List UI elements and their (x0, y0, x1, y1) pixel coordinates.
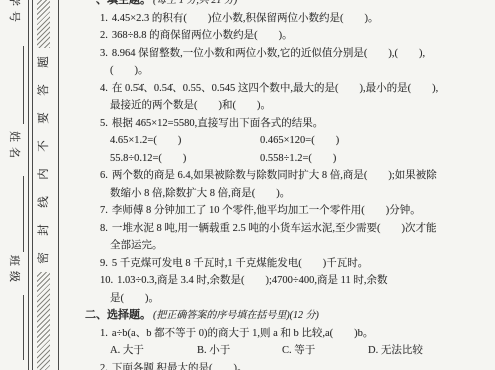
question-number: 1. (100, 328, 108, 339)
s1-question-8: 8.一堆水泥 8 吨,用一辆载重 2.5 吨的小货车运水泥,至少需要( )次才能 (85, 220, 492, 238)
hatch-top (37, 0, 50, 48)
seal-char: 要 (30, 112, 58, 124)
section2-note: (把正确答案的序号填在括号里)(12 分) (153, 310, 319, 321)
s1-question-10-cont: 是( )。 (85, 290, 492, 308)
option-a: A. 大于 (110, 342, 197, 360)
seal-char: 线 (30, 196, 58, 208)
s1-question-5-row2: 55.8÷0.12=( )0.558÷1.2=( ) (85, 150, 492, 168)
question-number: 3. (100, 48, 108, 59)
question-number: 5. (100, 118, 108, 129)
seal-char: 答 (30, 84, 58, 96)
s1-question-6: 6.两个数的商是 6.4,如果被除数与除数同时扩大 8 倍,商是( );如果被除 (85, 167, 492, 185)
name-label-text: 姓名 (8, 131, 20, 163)
question-number: 1. (100, 13, 108, 24)
s1-question-7: 7.李师傅 8 分钟加工了 10 个零件,他平均加工一个零件用( )分钟。 (85, 202, 492, 220)
question-text: 368÷8.8 的商保留两位小数约是( )。 (112, 30, 293, 41)
seal-char: 题 (30, 56, 58, 68)
question-text: 两个数的商是 6.4,如果被除数与除数同时扩大 8 倍,商是( );如果被除 (112, 170, 437, 181)
exam-paper-page: 学号 姓名 班级 题 答 要 不 内 线 封 密 一、填空题。(每空 1 分,共… (0, 0, 495, 370)
s1-question-5: 5.根据 465×12=5580,直接写出下面各式的结果。 (85, 115, 492, 133)
sub-item: 4.65×1.2=( ) (110, 132, 260, 150)
question-number: 7. (100, 205, 108, 216)
student-id-blank (23, 46, 24, 124)
question-text: a÷b(a、b 都不等于 0)的商大于 1,则 a 和 b 比较,a( )b。 (112, 328, 374, 339)
s1-question-4: 4.在 0.5̇4̇、0.54̇、0.55、0.545 这四个数中,最大的是( … (85, 80, 492, 98)
section2-title-text: 二、选择题。 (85, 309, 151, 321)
name-blank (23, 176, 24, 252)
seal-char: 密 (30, 252, 58, 264)
question-number: 4. (100, 83, 108, 94)
question-text: 数缩小 8 倍,除数扩大 8 倍,商是( )。 (110, 188, 290, 199)
question-text: 8.964 保留整数,一位小数和两位小数,它的近似值分别是( ),( ), (112, 48, 425, 59)
option-d: D. 无法比较 (368, 345, 423, 356)
seal-char: 不 (30, 140, 58, 152)
class-blank (23, 295, 24, 360)
question-text: 最接近的两个数是( )和( )。 (110, 100, 271, 111)
option-c: C. 等于 (282, 342, 368, 360)
question-text: 根据 465×12=5580,直接写出下面各式的结果。 (112, 118, 323, 129)
student-id-label-text: 学号 (8, 0, 20, 27)
seal-inner-line (58, 0, 59, 370)
question-text: 李师傅 8 分钟加工了 10 个零件,他平均加工一个零件用( )分钟。 (112, 205, 421, 216)
question-number: 6. (100, 170, 108, 181)
question-text: 下面各题,积最大的是( )。 (112, 363, 248, 370)
question-text: 在 0.5̇4̇、0.54̇、0.55、0.545 这四个数中,最大的是( ),… (112, 83, 438, 94)
class-label-text: 班级 (8, 255, 20, 287)
sub-item: 0.465×120=( ) (260, 135, 339, 146)
student-id-label: 学号 (7, 0, 20, 27)
section1-note: (每空 1 分,共 21 分) (153, 0, 237, 6)
question-number: 2. (100, 30, 108, 41)
question-text: 4.45×2.3 的积有( )位小数,积保留两位小数约是( )。 (112, 13, 379, 24)
s1-question-3-cont: ( )。 (85, 62, 492, 80)
question-text: 一堆水泥 8 吨,用一辆载重 2.5 吨的小货车运水泥,至少需要( )次才能 (112, 223, 437, 234)
name-label: 姓名 (7, 131, 20, 163)
s1-question-10: 10.1.03÷0.3,商是 3.4 时,余数是( );4700÷400,商是 … (85, 272, 492, 290)
seal-char: 封 (30, 224, 58, 236)
s1-question-4-cont: 最接近的两个数是( )和( )。 (85, 97, 492, 115)
class-label: 班级 (7, 255, 20, 287)
s1-question-3: 3.8.964 保留整数,一位小数和两位小数,它的近似值分别是( ),( ), (85, 45, 492, 63)
section1-title: 一、填空题。(每空 1 分,共 21 分) (85, 0, 492, 10)
question-text: 全部运完。 (110, 240, 163, 251)
question-text: ( )。 (110, 65, 149, 76)
s1-question-1: 1.4.45×2.3 的积有( )位小数,积保留两位小数约是( )。 (85, 10, 492, 28)
s2-question-1: 1.a÷b(a、b 都不等于 0)的商大于 1,则 a 和 b 比较,a( )b… (85, 325, 492, 343)
sub-item: 0.558÷1.2=( ) (260, 153, 336, 164)
hatch-bottom (37, 272, 50, 370)
section2-title: 二、选择题。(把正确答案的序号填在括号里)(12 分) (85, 307, 492, 325)
question-text: 是( )。 (110, 293, 159, 304)
question-number: 2. (100, 363, 108, 370)
s1-question-2: 2.368÷8.8 的商保留两位小数约是( )。 (85, 27, 492, 45)
seal-line-column: 题 答 要 不 内 线 封 密 (33, 0, 54, 370)
question-number: 10. (100, 275, 113, 286)
exam-content: 一、填空题。(每空 1 分,共 21 分) 1.4.45×2.3 的积有( )位… (85, 0, 492, 370)
option-b: B. 小于 (197, 342, 282, 360)
seal-char: 内 (30, 168, 58, 180)
question-number: 9. (100, 258, 108, 269)
question-number: 8. (100, 223, 108, 234)
s2-question-2: 2.下面各题,积最大的是( )。 (85, 360, 492, 370)
question-text: 1.03÷0.3,商是 3.4 时,余数是( );4700÷400,商是 11 … (117, 275, 387, 286)
s1-question-8-cont: 全部运完。 (85, 237, 492, 255)
sub-item: 55.8÷0.12=( ) (110, 150, 260, 168)
s2-question-1-options: A. 大于B. 小于C. 等于D. 无法比较 (85, 342, 492, 360)
s1-question-6-cont: 数缩小 8 倍,除数扩大 8 倍,商是( )。 (85, 185, 492, 203)
section1-title-text: 一、填空题。 (85, 0, 151, 6)
s1-question-9: 9.5 千克煤可发电 8 千瓦时,1 千克煤能发电( )千瓦时。 (85, 255, 492, 273)
s1-question-5-row1: 4.65×1.2=( )0.465×120=( ) (85, 132, 492, 150)
question-text: 5 千克煤可发电 8 千瓦时,1 千克煤能发电( )千瓦时。 (112, 258, 368, 269)
